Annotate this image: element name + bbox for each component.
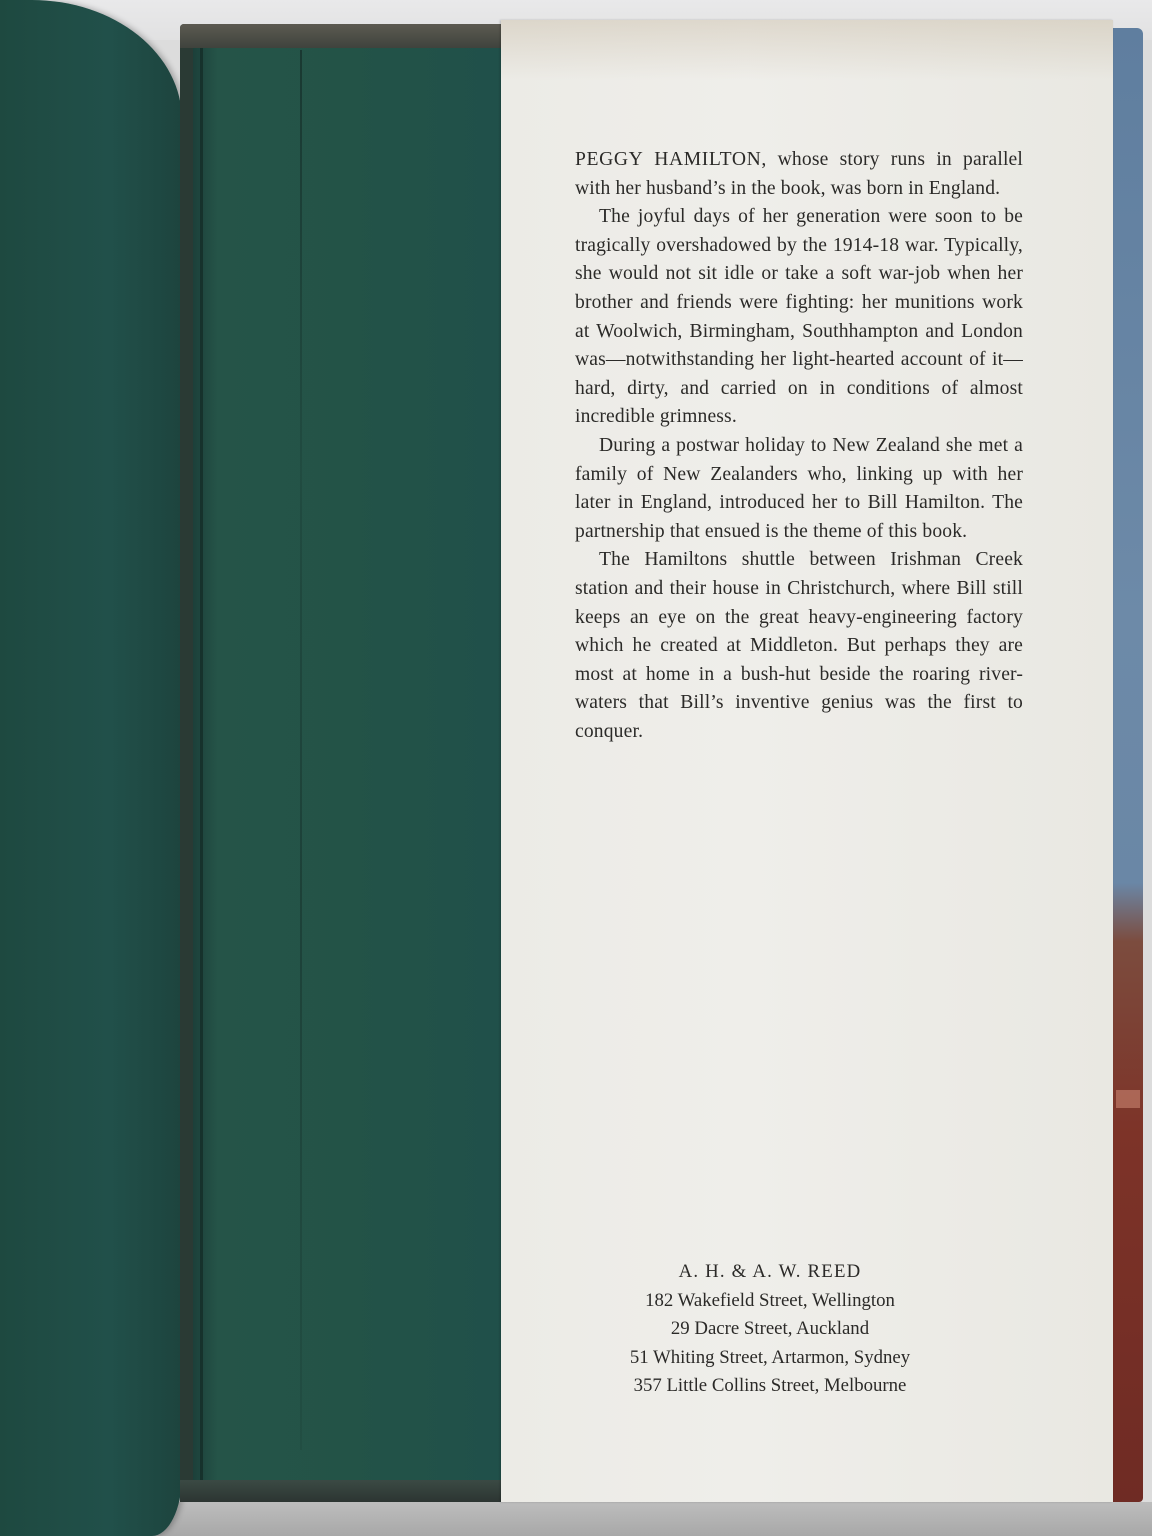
pastedown-endpaper-green	[193, 48, 503, 1480]
publisher-address-wellington: 182 Wakefield Street, Wellington	[580, 1287, 960, 1316]
blurb-paragraph-3: During a postwar holiday to New Zealand …	[575, 432, 1023, 546]
paper-crease	[300, 50, 302, 1450]
blurb-paragraph-4: The Hamiltons shuttle between Irishman C…	[575, 546, 1023, 746]
publisher-address-melbourne: 357 Little Collins Street, Melbourne	[580, 1372, 960, 1401]
board-bottom-edge	[180, 1480, 504, 1502]
publisher-address-sydney: 51 Whiting Street, Artarmon, Sydney	[580, 1344, 960, 1373]
author-blurb: PEGGY HAMILTON, whose story runs in para…	[575, 146, 1023, 746]
free-endpaper-green	[0, 0, 182, 1536]
blurb-paragraph-1: PEGGY HAMILTON, whose story runs in para…	[575, 146, 1023, 203]
flap-fold-shading	[501, 20, 1113, 80]
publisher-imprint: A. H. & A. W. REED 182 Wakefield Street,…	[580, 1258, 960, 1401]
publisher-address-auckland: 29 Dacre Street, Auckland	[580, 1315, 960, 1344]
hinge-line	[200, 48, 203, 1480]
board-top-edge	[180, 24, 524, 48]
blurb-paragraph-2: The joyful days of her generation were s…	[575, 203, 1023, 432]
dust-jacket-back-cover-edge	[1113, 28, 1143, 1502]
blurb-subject-name: PEGGY HAMILTON	[575, 149, 761, 170]
publisher-name: A. H. & A. W. REED	[580, 1258, 960, 1287]
jacket-edge-highlight	[1116, 1090, 1140, 1108]
